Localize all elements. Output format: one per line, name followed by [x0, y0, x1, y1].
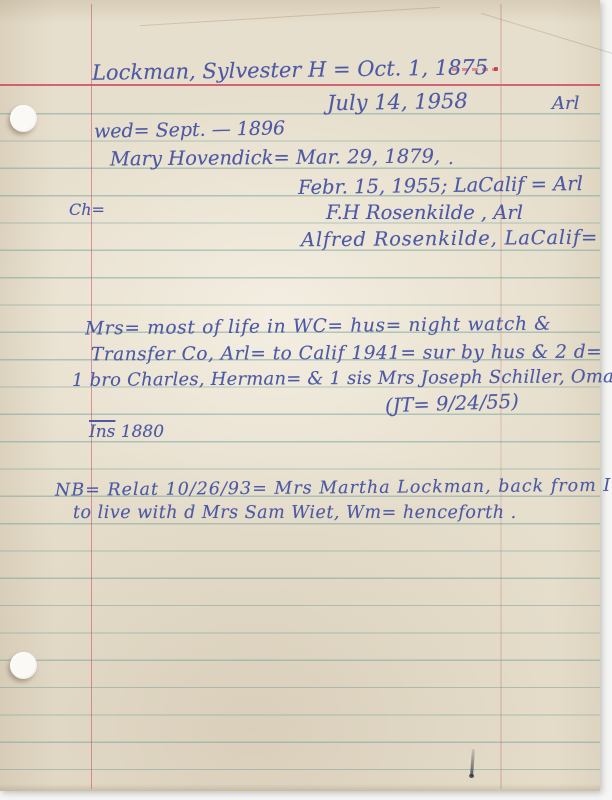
handwriting-name-line: Lockman, Sylvester H = Oct. 1, 1875 [92, 57, 488, 84]
handwriting-cemetery-abbrev: Arl [552, 95, 579, 113]
handwriting-spouse-death-line: Febr. 15, 1955; LaCalif = Arl [298, 174, 583, 197]
handwriting-death-date: July 14, 1958 [327, 91, 468, 114]
handwriting-nb-line-2: to live with d Mrs Sam Wiet, Wm= hencefo… [73, 505, 517, 523]
paper-sheet: Lockman, Sylvester H = Oct. 1, 1875 July… [0, 0, 600, 791]
left-margin-rule-vertical [91, 4, 92, 789]
handwriting-stray-dot: . [448, 150, 454, 168]
handwriting-census-year: 1880 [115, 422, 164, 442]
handwriting-census-line: Ins 1880 [89, 424, 164, 441]
handwriting-child-2: Alfred Rosenkilde, LaCalif= [301, 228, 598, 250]
punch-hole-bottom [10, 652, 37, 679]
scanned-page: { "scan": { "kind": "handwritten genealo… [0, 0, 612, 800]
handwriting-wed-line: wed= Sept. — 1896 [94, 119, 285, 141]
handwriting-child-1: F.H Rosenkilde , Arl [326, 203, 523, 223]
handwriting-note-line-2: Transfer Co, Arl= to Calif 1941= sur by … [91, 344, 602, 365]
handwriting-note-citation: (JT= 9/24/55) [385, 392, 519, 416]
handwriting-note-line-3: 1 bro Charles, Herman= & 1 sis Mrs Josep… [72, 368, 612, 390]
handwriting-spouse-line: Mary Hovendick= Mar. 29, 1879, [110, 147, 440, 169]
paper-crease-top [140, 7, 440, 26]
top-margin-rule-horizontal [0, 84, 600, 86]
handwriting-children-label: Ch= [69, 202, 105, 218]
handwriting-census-overlined: Ins [89, 422, 115, 442]
punch-hole-top [10, 105, 37, 132]
